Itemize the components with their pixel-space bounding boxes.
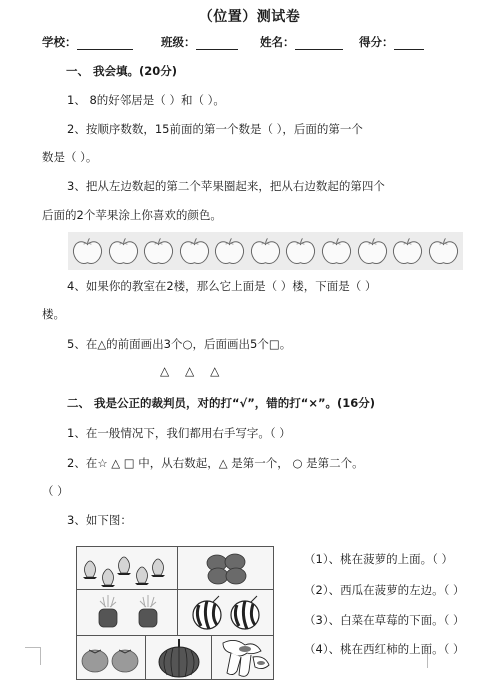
apple-icon[interactable] (284, 236, 317, 266)
triangle-row: △ △ △ (160, 364, 225, 378)
name-blank[interactable] (295, 38, 343, 50)
page-title: （位置）测试卷 (0, 6, 489, 26)
text-cursor-mark (427, 654, 428, 668)
apple-icon[interactable] (178, 236, 211, 266)
s2-statement-3: （3）、白菜在草莓的下面。（ ） (304, 612, 464, 628)
produce-grid-figure (76, 546, 274, 680)
apple-icon[interactable] (107, 236, 140, 266)
s2-statement-4: （4）、桃在西红柿的上面。（ ） (304, 641, 464, 657)
section1-heading: 一、 我会填。(20分) (66, 63, 177, 79)
s2-question-1: 1、在一般情况下，我们都用右手写字。（ ） (67, 425, 291, 441)
apple-row (68, 232, 463, 270)
s1-question-5: 5、在△的前面画出3个○，后面画出5个□。 (67, 336, 291, 352)
apple-icon[interactable] (213, 236, 246, 266)
name-field: 姓名： (260, 34, 343, 50)
page-corner-mark (25, 647, 41, 665)
apple-icon[interactable] (71, 236, 104, 266)
apple-icon[interactable] (356, 236, 389, 266)
tomatoes-icon (79, 639, 143, 677)
s1-question-3-line2: 后面的2个苹果涂上你喜欢的颜色。 (42, 207, 222, 223)
apple-icon[interactable] (142, 236, 175, 266)
score-blank[interactable] (394, 38, 424, 50)
strawberries-icon (205, 553, 249, 585)
apple-icon[interactable] (320, 236, 353, 266)
apple-icon[interactable] (391, 236, 424, 266)
name-label: 姓名： (260, 35, 295, 49)
school-label: 学校： (42, 35, 77, 49)
grid-line-h2 (77, 635, 273, 636)
grid-line-v2 (145, 635, 146, 679)
class-label: 班级： (161, 35, 196, 49)
grid-line-v3 (211, 635, 212, 679)
s2-statement-1: （1）、桃在菠萝的上面。（ ） (304, 551, 453, 567)
apple-icon[interactable] (427, 236, 460, 266)
school-blank[interactable] (77, 38, 133, 50)
s2-statement-2: （2）、西瓜在菠萝的左边。（ ） (304, 582, 464, 598)
score-field: 得分： (359, 34, 424, 50)
s1-question-2-line2: 数是（ ）。 (42, 149, 97, 165)
watermelons-icon (189, 595, 267, 631)
section2-heading: 二、 我是公正的裁判员，对的打“√”，错的打“×”。(16分) (67, 395, 375, 411)
s1-question-4-line2: 楼。 (42, 306, 65, 322)
pineapples-icon (95, 593, 165, 633)
class-field: 班级： (161, 34, 238, 50)
class-blank[interactable] (196, 38, 238, 50)
score-label: 得分： (359, 35, 394, 49)
s1-question-1: 1、 8的好邻居是（ ）和（ ）。 (67, 92, 225, 108)
s1-question-4-line1: 4、如果你的教室在2楼，那么它上面是（ ）楼，下面是（ ） (67, 278, 376, 294)
school-field: 学校： (42, 34, 133, 50)
grid-line-h1 (77, 589, 273, 590)
s2-question-2-line2: （ ） (42, 483, 69, 499)
grid-line-v1 (177, 547, 178, 635)
pumpkin-icon (155, 637, 203, 679)
s1-question-2-line1: 2、按顺序数数，15前面的第一个数是（ ），后面的第一个 (67, 121, 363, 137)
s2-question-2-line1: 2、在☆ △ □ 中，从右数起，△ 是第一个， ○ 是第二个。 (67, 455, 364, 471)
peaches-icon (79, 549, 175, 587)
s2-question-3: 3、如下图： (67, 512, 132, 528)
apple-icon[interactable] (249, 236, 282, 266)
s1-question-3-line1: 3、把从左边数起的第二个苹果圈起来，把从右边数起的第四个 (67, 178, 385, 194)
bok-choy-icon (217, 637, 273, 679)
